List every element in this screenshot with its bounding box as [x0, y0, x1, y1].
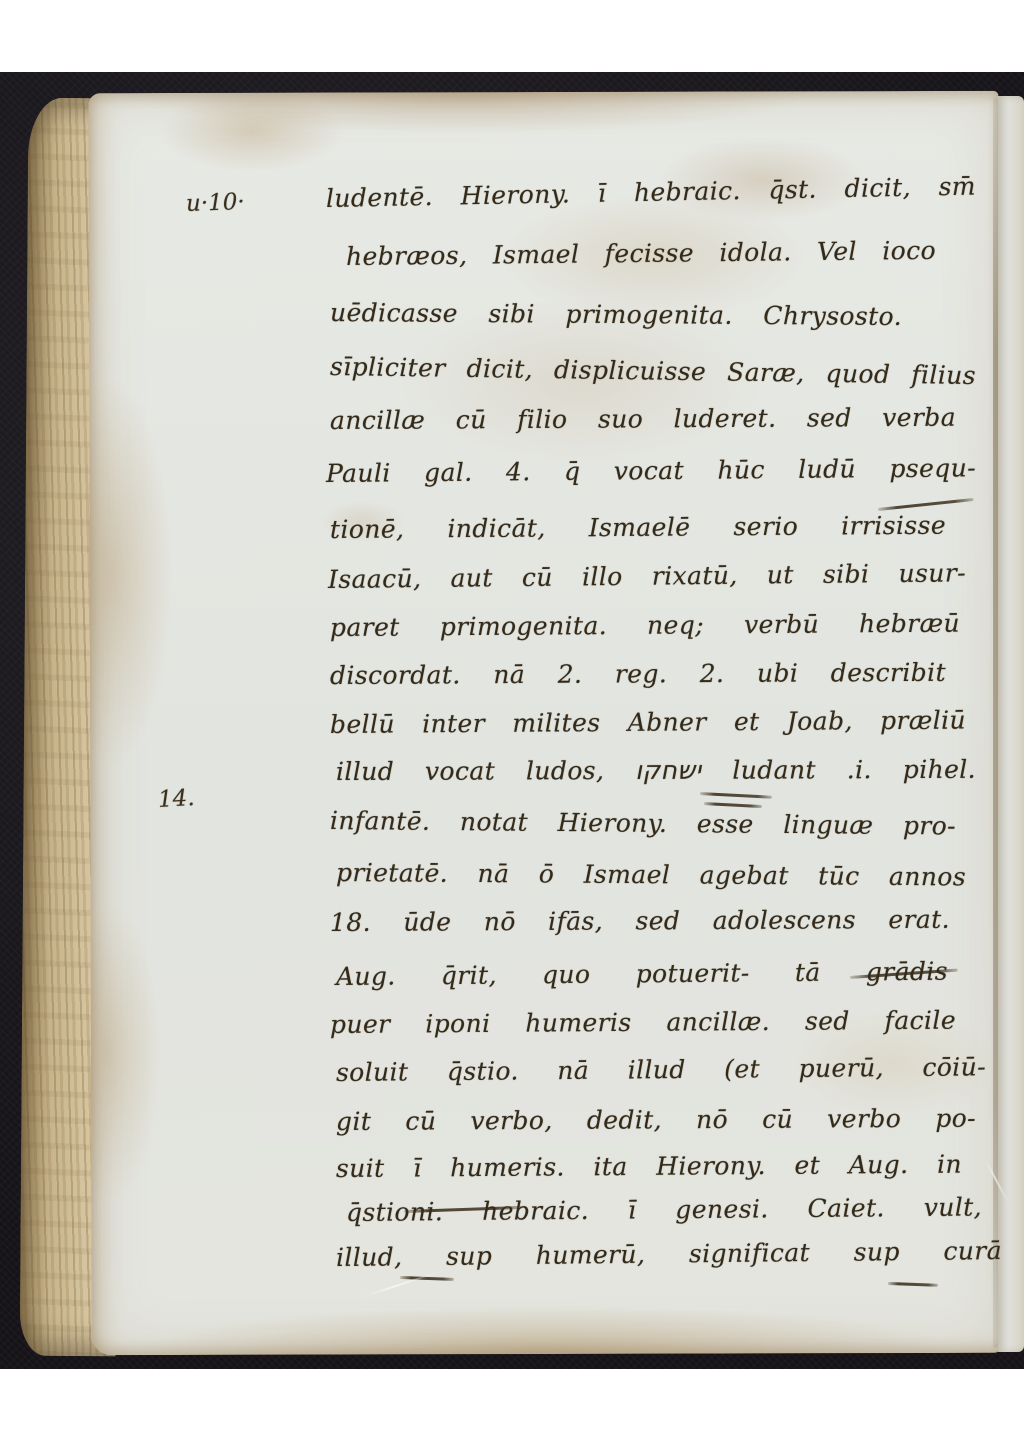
text-line: Pauli gal. 4. q̄ vocat hūc ludū psequ- — [326, 453, 976, 489]
text-line: suit ī humeris. ita Hierony. et Aug. in — [336, 1150, 962, 1184]
text-line: discordat. nā 2. reg. 2. ubi describit — [330, 658, 946, 691]
text-line: hebræos, Ismael fecisse idola. Vel ioco — [346, 236, 936, 272]
adjacent-page-edge — [998, 96, 1024, 1352]
scanned-manuscript-photo: u·10· 14. ludentē. Hierony. ī hebraic. q… — [0, 0, 1024, 1448]
text-line: 18. ūde nō ifās, sed adolescens erat. — [330, 905, 950, 938]
text-line: bellū inter milites Abner et Joab, præli… — [330, 706, 966, 740]
text-line: infantē. notat Hierony. esse linguæ pro- — [330, 806, 956, 841]
text-line: Aug. q̄rit, quo potuerit- tā grādis — [336, 957, 948, 992]
text-line: puer iponi humeris ancillæ. sed facile — [330, 1006, 956, 1040]
text-line: tionē, indicāt, Ismaelē serio irrisisse — [330, 511, 946, 545]
text-line: git cū verbo, dedit, nō cū verbo po- — [336, 1104, 976, 1137]
text-line: soluit q̄stio. nā illud (et puerū, cōiū- — [336, 1052, 986, 1088]
text-line: illud vocat ludos, ישחקו ludant .i. pihe… — [336, 755, 976, 787]
margin-note-verse-number: u·10· — [186, 189, 246, 217]
text-line: prietatē. nā ō Ismael agebat tūc annos — [336, 858, 966, 892]
text-line: paret primogenita. neq; verbū hebræū — [330, 609, 960, 643]
text-line: ancillæ cū filio suo luderet. sed verba — [330, 403, 956, 436]
text-line: uēdicasse sibi primogenita. Chrysosto. — [330, 298, 902, 332]
margin-note-section-number: 14. — [157, 785, 195, 813]
